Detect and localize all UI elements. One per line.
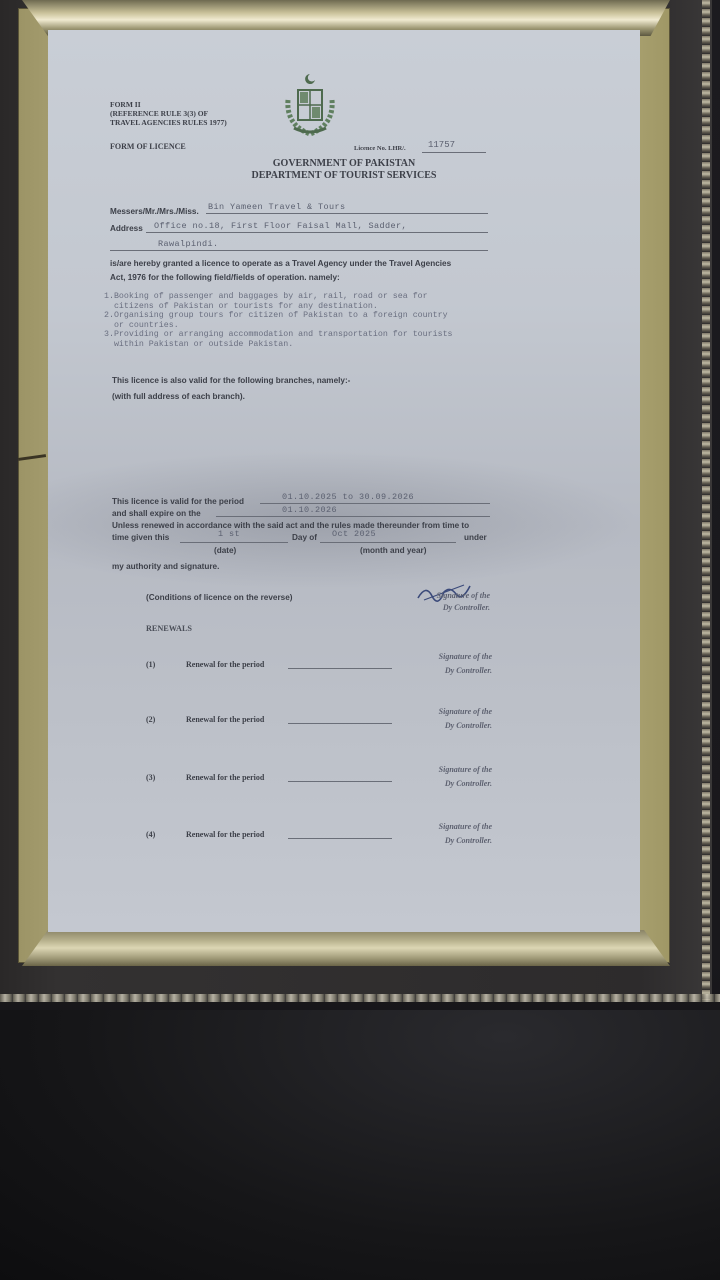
renewal-label: Renewal for the period [186,715,264,724]
state-emblem-icon [280,70,340,140]
frame-rope-trim-right [702,0,710,1000]
validity-value: 01.10.2025 to 30.09.2026 [282,492,414,502]
day-value: 1 st [218,529,240,539]
renewal-row: (4) Renewal for the period Signature of … [48,820,640,852]
conditions-note: (Conditions of licence on the reverse) [146,593,293,602]
licence-number-line [422,152,486,153]
renewal-signature-block: Signature of the Dy Controller. [388,650,492,678]
operation-text: or countries. [104,321,453,331]
signature-title: Dy Controller. [388,602,490,614]
day-of-label: Day of [292,533,317,542]
gold-frame-bottom-bevel [22,930,670,966]
form-reference: FORM II (REFERENCE RULE 3(3) OF TRAVEL A… [110,100,227,127]
operation-text: citizens of Pakistan or tourists for any… [104,302,453,312]
renewal-row: (2) Renewal for the period Signature of … [48,705,640,737]
renewal-label: Renewal for the period [186,660,264,669]
form-reference-rule: (REFERENCE RULE 3(3) OF [110,109,227,118]
under-label: under [464,533,487,542]
signature-title: Dy Controller. [388,834,492,848]
day-line [180,542,288,543]
licence-document: FORM II (REFERENCE RULE 3(3) OF TRAVEL A… [48,30,640,932]
renewal-clause-text: Unless renewed in accordance with the sa… [112,521,469,530]
signature-caption: Signature of the [388,820,492,834]
renewal-label: Renewal for the period [186,830,264,839]
issuing-authority: GOVERNMENT OF PAKISTAN DEPARTMENT OF TOU… [48,158,640,182]
date-caption: (date) [214,546,236,555]
operation-text: within Pakistan or outside Pakistan. [104,340,453,350]
renewal-number: (1) [146,660,155,669]
operation-text: 2.Organising group tours for citizen of … [104,311,453,321]
renewal-period-line [288,781,392,782]
form-number: FORM II [110,100,227,109]
controller-signature-block: Signature of the Dy Controller. [388,590,490,614]
signature-title: Dy Controller. [388,664,492,678]
licence-number-value: 11757 [428,140,455,150]
expire-line [216,516,490,517]
operation-item: 1.Booking of passenger and baggages by a… [104,292,453,311]
renewals-heading: RENEWALS [146,624,192,633]
signature-caption: Signature of the [388,705,492,719]
licence-number-label: Licence No. LHR/. [354,145,406,152]
address-underline-2 [110,250,488,251]
renewal-signature-block: Signature of the Dy Controller. [388,705,492,733]
form-reference-rules-year: TRAVEL AGENCIES RULES 1977) [110,118,227,127]
expire-value: 01.10.2026 [282,505,337,515]
renewal-number: (3) [146,773,155,782]
department-title: DEPARTMENT OF TOURIST SERVICES [48,170,640,182]
address-line-1: Office no.18, First Floor Faisal Mall, S… [154,221,407,231]
operation-item: 3.Providing or arranging accommodation a… [104,330,453,349]
renewal-number: (4) [146,830,155,839]
renewal-label: Renewal for the period [186,773,264,782]
address-label: Address [110,224,143,233]
signature-caption: Signature of the [388,650,492,664]
renewal-period-line [288,668,392,669]
grant-text-line-1: is/are hereby granted a licence to opera… [110,259,451,268]
address-line-2: Rawalpindi. [158,239,219,249]
address-underline-1 [146,232,488,233]
frame-rope-trim-bottom [0,994,720,1002]
renewal-row: (1) Renewal for the period Signature of … [48,650,640,682]
validity-label: This licence is valid for the period [112,497,244,506]
form-title: FORM OF LICENCE [110,142,186,151]
operation-text: 3.Providing or arranging accommodation a… [104,330,453,340]
signature-caption: Signature of the [388,590,490,602]
messers-line [206,213,488,214]
validity-line [260,503,490,504]
renewal-number: (2) [146,715,155,724]
month-year-value: Oct 2025 [332,529,376,539]
month-year-line [320,542,456,543]
signature-caption: Signature of the [388,763,492,777]
operations-list: 1.Booking of passenger and baggages by a… [104,292,453,350]
messers-value: Bin Yameen Travel & Tours [208,202,346,212]
renewal-signature-block: Signature of the Dy Controller. [388,763,492,791]
messers-label: Messers/Mr./Mrs./Miss. [110,207,199,216]
lower-shadow-area [0,1010,720,1280]
operation-item: 2.Organising group tours for citizen of … [104,311,453,330]
renewal-period-line [288,838,392,839]
grant-text-line-2: Act, 1976 for the following field/fields… [110,273,340,282]
renewal-row: (3) Renewal for the period Signature of … [48,763,640,795]
branches-text-line-2: (with full address of each branch). [112,392,245,401]
time-given-label: time given this [112,533,169,542]
branches-text-line-1: This licence is also valid for the follo… [112,376,350,385]
renewal-signature-block: Signature of the Dy Controller. [388,820,492,848]
signature-title: Dy Controller. [388,777,492,791]
expire-label: and shall expire on the [112,509,201,518]
government-title: GOVERNMENT OF PAKISTAN [48,158,640,170]
renewal-period-line [288,723,392,724]
month-year-caption: (month and year) [360,546,426,555]
signature-title: Dy Controller. [388,719,492,733]
authority-text: my authority and signature. [112,562,219,571]
operation-text: 1.Booking of passenger and baggages by a… [104,292,453,302]
